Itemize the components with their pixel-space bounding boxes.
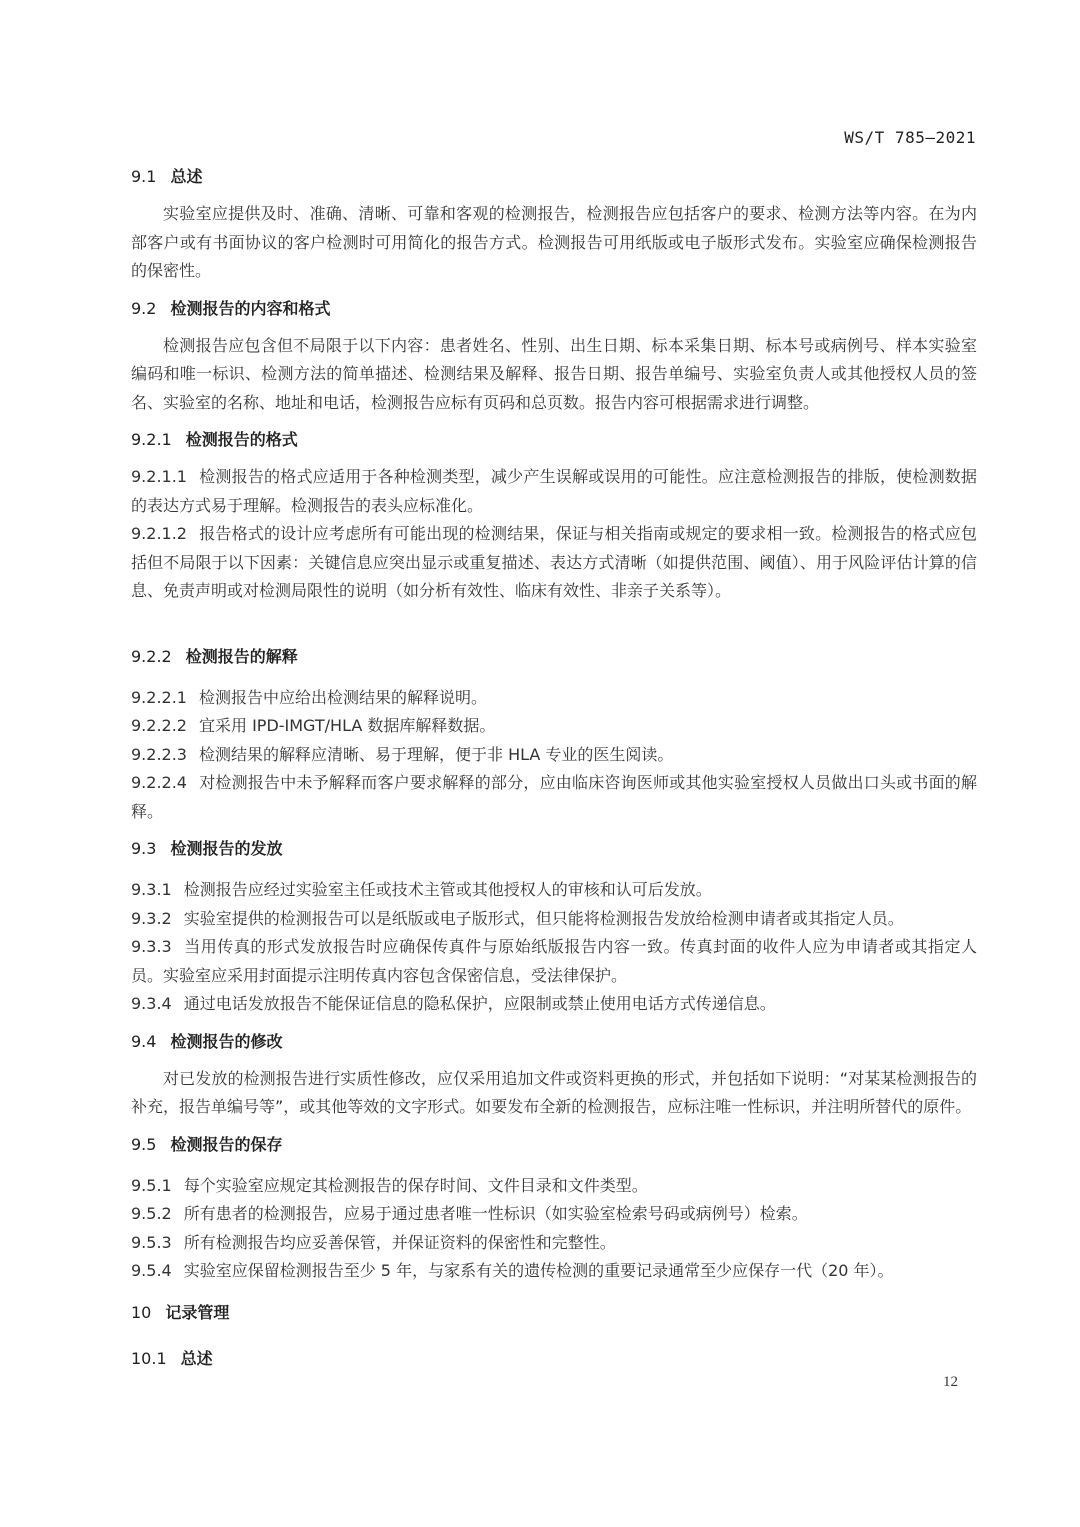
clause-9-2-2-1: 9.2.2.1检测报告中应给出检测结果的解释说明。 (131, 684, 977, 713)
paragraph-9-1: 实验室应提供及时、准确、清晰、可靠和客观的检测报告，检测报告应包括客户的要求、检… (131, 200, 977, 286)
section-heading-9-3: 9.3检测报告的发放 (131, 836, 977, 862)
section-heading-9-5: 9.5检测报告的保存 (131, 1132, 977, 1158)
section-heading-9-4: 9.4检测报告的修改 (131, 1029, 977, 1055)
clause-9-5-2: 9.5.2所有患者的检测报告，应易于通过患者唯一性标识（如实验室检索号码或病例号… (131, 1200, 977, 1229)
standard-code: WS/T 785—2021 (844, 128, 976, 147)
document-page: WS/T 785—2021 9.1总述 实验室应提供及时、准确、清晰、可靠和客观… (0, 0, 1080, 1527)
clause-9-2-2-2: 9.2.2.2宜采用 IPD-IMGT/HLA 数据库解释数据。 (131, 712, 977, 741)
paragraph-9-2: 检测报告应包含但不局限于以下内容：患者姓名、性别、出生日期、标本采集日期、标本号… (131, 332, 977, 418)
clause-9-3-3: 9.3.3当用传真的形式发放报告时应确保传真件与原始纸版报告内容一致。传真封面的… (131, 933, 977, 990)
section-heading-9-1: 9.1总述 (131, 164, 977, 190)
clause-9-5-1: 9.5.1每个实验室应规定其检测报告的保存时间、文件目录和文件类型。 (131, 1172, 977, 1201)
clause-9-3-4: 9.3.4通过电话发放报告不能保证信息的隐私保护，应限制或禁止使用电话方式传递信… (131, 990, 977, 1019)
paragraph-9-4: 对已发放的检测报告进行实质性修改，应仅采用追加文件或资料更换的形式，并包括如下说… (131, 1065, 977, 1122)
clause-9-5-4: 9.5.4实验室应保留检测报告至少 5 年，与家系有关的遗传检测的重要记录通常至… (131, 1257, 977, 1286)
document-body: 9.1总述 实验室应提供及时、准确、清晰、可靠和客观的检测报告，检测报告应包括客… (131, 164, 977, 1372)
section-heading-9-2: 9.2检测报告的内容和格式 (131, 296, 977, 322)
section-heading-10: 10记录管理 (131, 1300, 977, 1326)
section-heading-9-2-1: 9.2.1检测报告的格式 (131, 427, 977, 453)
section-heading-10-1: 10.1总述 (131, 1346, 977, 1372)
clause-9-2-2-3: 9.2.2.3检测结果的解释应清晰、易于理解，便于非 HLA 专业的医生阅读。 (131, 741, 977, 770)
clause-9-5-3: 9.5.3所有检测报告均应妥善保管，并保证资料的保密性和完整性。 (131, 1229, 977, 1258)
clause-9-3-1: 9.3.1检测报告应经过实验室主任或技术主管或其他授权人的审核和认可后发放。 (131, 876, 977, 905)
clause-9-2-1-1: 9.2.1.1检测报告的格式应适用于各种检测类型，减少产生误解或误用的可能性。应… (131, 463, 977, 520)
clause-9-3-2: 9.3.2实验室提供的检测报告可以是纸版或电子版形式，但只能将检测报告发放给检测… (131, 905, 977, 934)
clause-9-2-1-2: 9.2.1.2报告格式的设计应考虑所有可能出现的检测结果，保证与相关指南或规定的… (131, 520, 977, 606)
section-heading-9-2-2: 9.2.2检测报告的解释 (131, 644, 977, 670)
clause-9-2-2-4: 9.2.2.4对检测报告中未予解释而客户要求解释的部分，应由临床咨询医师或其他实… (131, 769, 977, 826)
page-number: 12 (943, 1374, 958, 1391)
